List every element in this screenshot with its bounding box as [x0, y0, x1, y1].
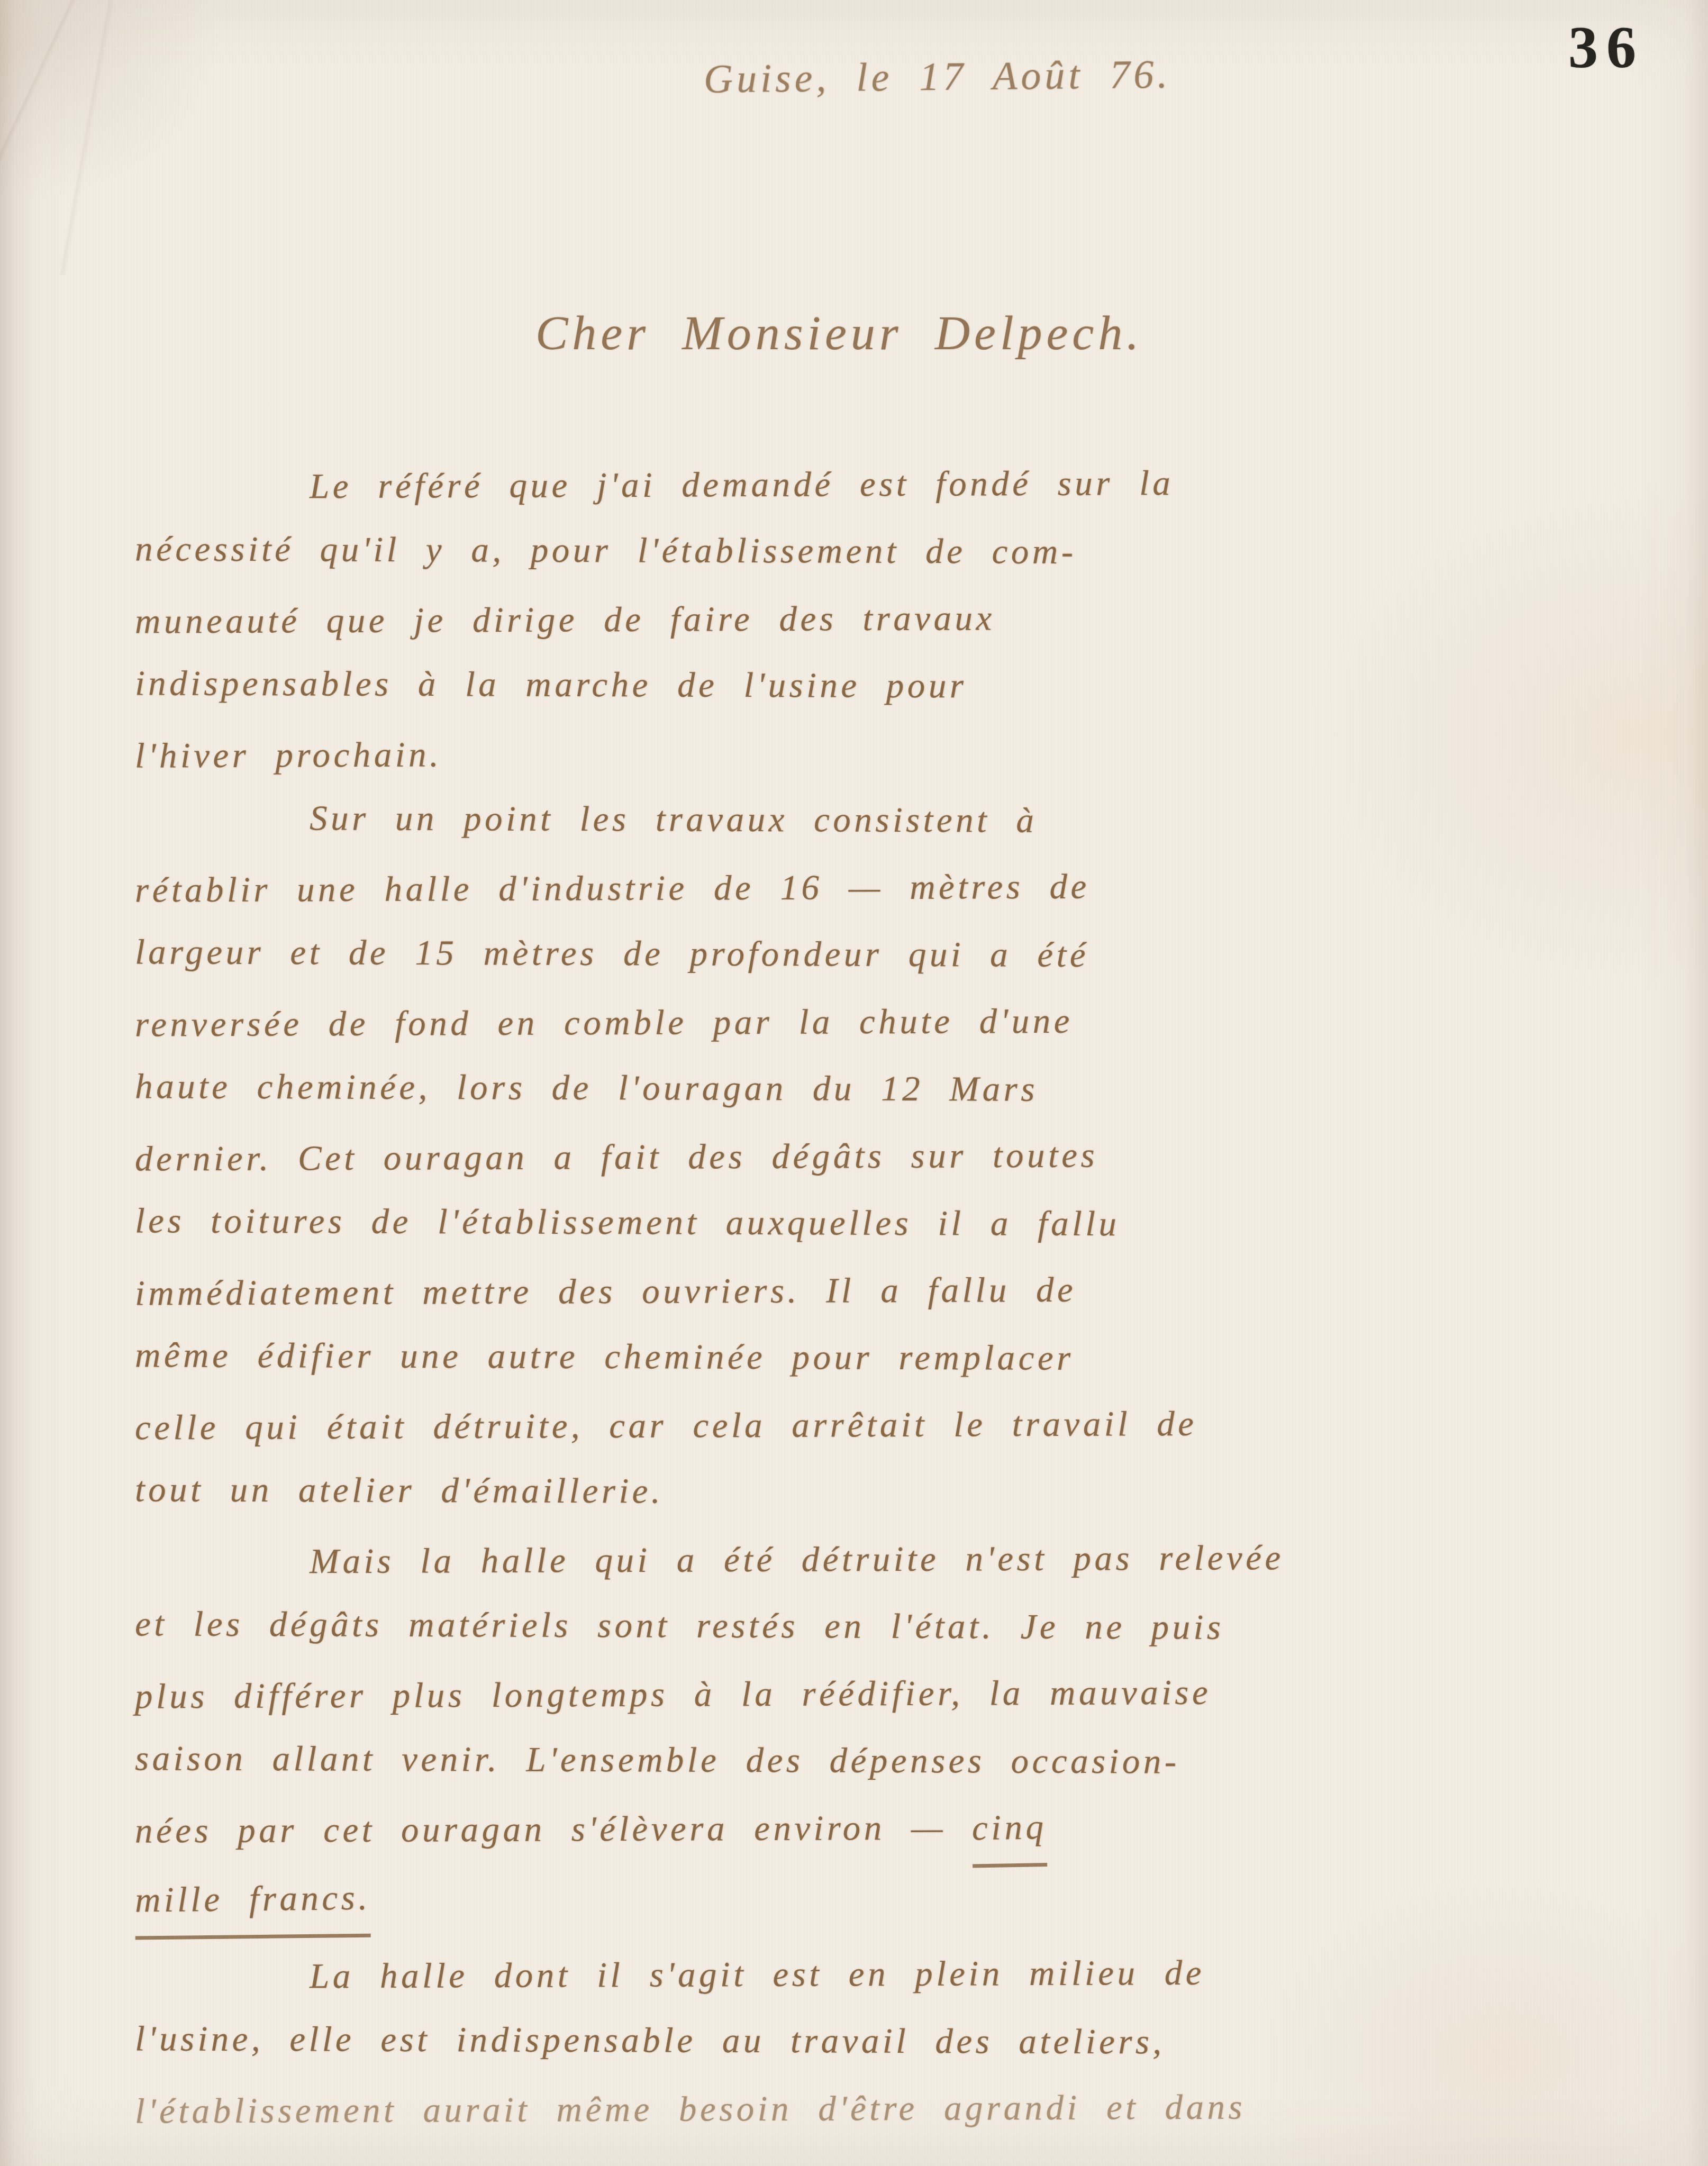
handwritten-line: renversée de fond en comble par la chute…	[135, 985, 1675, 1058]
underlined-text: mille francs.	[134, 1864, 371, 1940]
handwritten-line: La halle dont il s'agit est en plein mil…	[135, 1937, 1675, 2010]
handwritten-line: Mais la halle qui a été détruite n'est p…	[135, 1523, 1675, 1596]
handwritten-line: plus différer plus longtemps à la réédif…	[135, 1657, 1675, 1730]
scanned-letter-page: 36 Guise, le 17 Août 76. Cher Monsieur D…	[0, 0, 1708, 2166]
salutation: Cher Monsieur Delpech.	[535, 305, 1143, 361]
line-text: immédiatement mettre des ouvriers. Il a …	[135, 1270, 1076, 1313]
handwritten-line: dernier. Cet ouragan a fait des dégâts s…	[135, 1120, 1675, 1193]
line-text: et les dégâts matériels sont restés en l…	[135, 1604, 1224, 1646]
line-text: rétablir une halle d'industrie de 16 — m…	[135, 867, 1090, 910]
handwritten-line: saison allant venir. L'ensemble des dépe…	[135, 1725, 1675, 1797]
handwritten-line: nécessité qu'il y a, pour l'établissemen…	[135, 515, 1675, 587]
line-text: l'établissement aurait même besoin d'êtr…	[135, 2088, 1246, 2131]
handwritten-line: nées par cet ouragan s'élèvera environ —…	[135, 1791, 1675, 1870]
line-text: indispensables à la marche de l'usine po…	[135, 663, 967, 705]
line-text: renversée de fond en comble par la chute…	[135, 1002, 1073, 1044]
letter-body: Le référé que j'ai demandé est fondé sur…	[135, 451, 1675, 2142]
handwritten-line: rétablir une halle d'industrie de 16 — m…	[135, 851, 1675, 924]
handwritten-line: même édifier une autre cheminée pour rem…	[135, 1322, 1675, 1394]
line-text: nées par cet ouragan s'élèvera environ —	[135, 1808, 973, 1851]
line-text: haute cheminée, lors de l'ouragan du 12 …	[135, 1067, 1038, 1108]
line-text: l'hiver prochain.	[135, 735, 442, 775]
handwritten-line: haute cheminée, lors de l'ouragan du 12 …	[135, 1053, 1675, 1125]
handwritten-line: Sur un point les travaux consistent à	[135, 784, 1675, 856]
line-text: celle qui était détruite, car cela arrêt…	[135, 1404, 1197, 1448]
line-text: plus différer plus longtemps à la réédif…	[135, 1673, 1211, 1716]
handwritten-line: largeur et de 15 mètres de profondeur qu…	[135, 918, 1675, 990]
handwritten-line: celle qui était détruite, car cela arrêt…	[135, 1388, 1675, 1461]
line-text: dernier. Cet ouragan a fait des dégâts s…	[135, 1136, 1098, 1179]
handwritten-line: les toitures de l'établissement auxquell…	[135, 1187, 1675, 1259]
line-text: saison allant venir. L'ensemble des dépe…	[135, 1739, 1180, 1781]
dateline: Guise, le 17 Août 76.	[704, 51, 1171, 102]
page-number: 36	[1568, 14, 1645, 82]
line-text: Sur un point les travaux consistent à	[310, 798, 1038, 840]
handwritten-line: l'établissement aurait même besoin d'êtr…	[135, 2072, 1675, 2145]
line-text: La halle dont il s'agit est en plein mil…	[310, 1953, 1205, 1996]
handwritten-line: immédiatement mettre des ouvriers. Il a …	[135, 1254, 1675, 1327]
handwritten-line: l'usine, elle est indispensable au trava…	[135, 2005, 1675, 2077]
line-text: Mais la halle qui a été détruite n'est p…	[310, 1538, 1284, 1581]
line-text: muneauté que je dirige de faire des trav…	[135, 598, 995, 641]
line-text: même édifier une autre cheminée pour rem…	[135, 1335, 1074, 1378]
line-text: largeur et de 15 mètres de profondeur qu…	[135, 932, 1089, 975]
handwritten-line: mille francs.	[135, 1865, 1675, 1943]
handwritten-line: et les dégâts matériels sont restés en l…	[135, 1590, 1675, 1662]
underlined-text: cinq	[971, 1794, 1048, 1868]
line-text: tout un atelier d'émaillerie.	[135, 1470, 664, 1510]
line-text: l'usine, elle est indispensable au trava…	[135, 2019, 1165, 2061]
handwritten-line: muneauté que je dirige de faire des trav…	[135, 582, 1675, 655]
handwritten-line: Le référé que j'ai demandé est fondé sur…	[135, 448, 1675, 521]
handwritten-line: indispensables à la marche de l'usine po…	[135, 650, 1675, 722]
line-text: nécessité qu'il y a, pour l'établissemen…	[135, 529, 1077, 571]
handwritten-line: tout un atelier d'émaillerie.	[135, 1456, 1675, 1528]
line-text: les toitures de l'établissement auxquell…	[135, 1201, 1120, 1243]
handwritten-line: l'hiver prochain.	[135, 716, 1675, 789]
line-text: Le référé que j'ai demandé est fondé sur…	[310, 463, 1174, 506]
